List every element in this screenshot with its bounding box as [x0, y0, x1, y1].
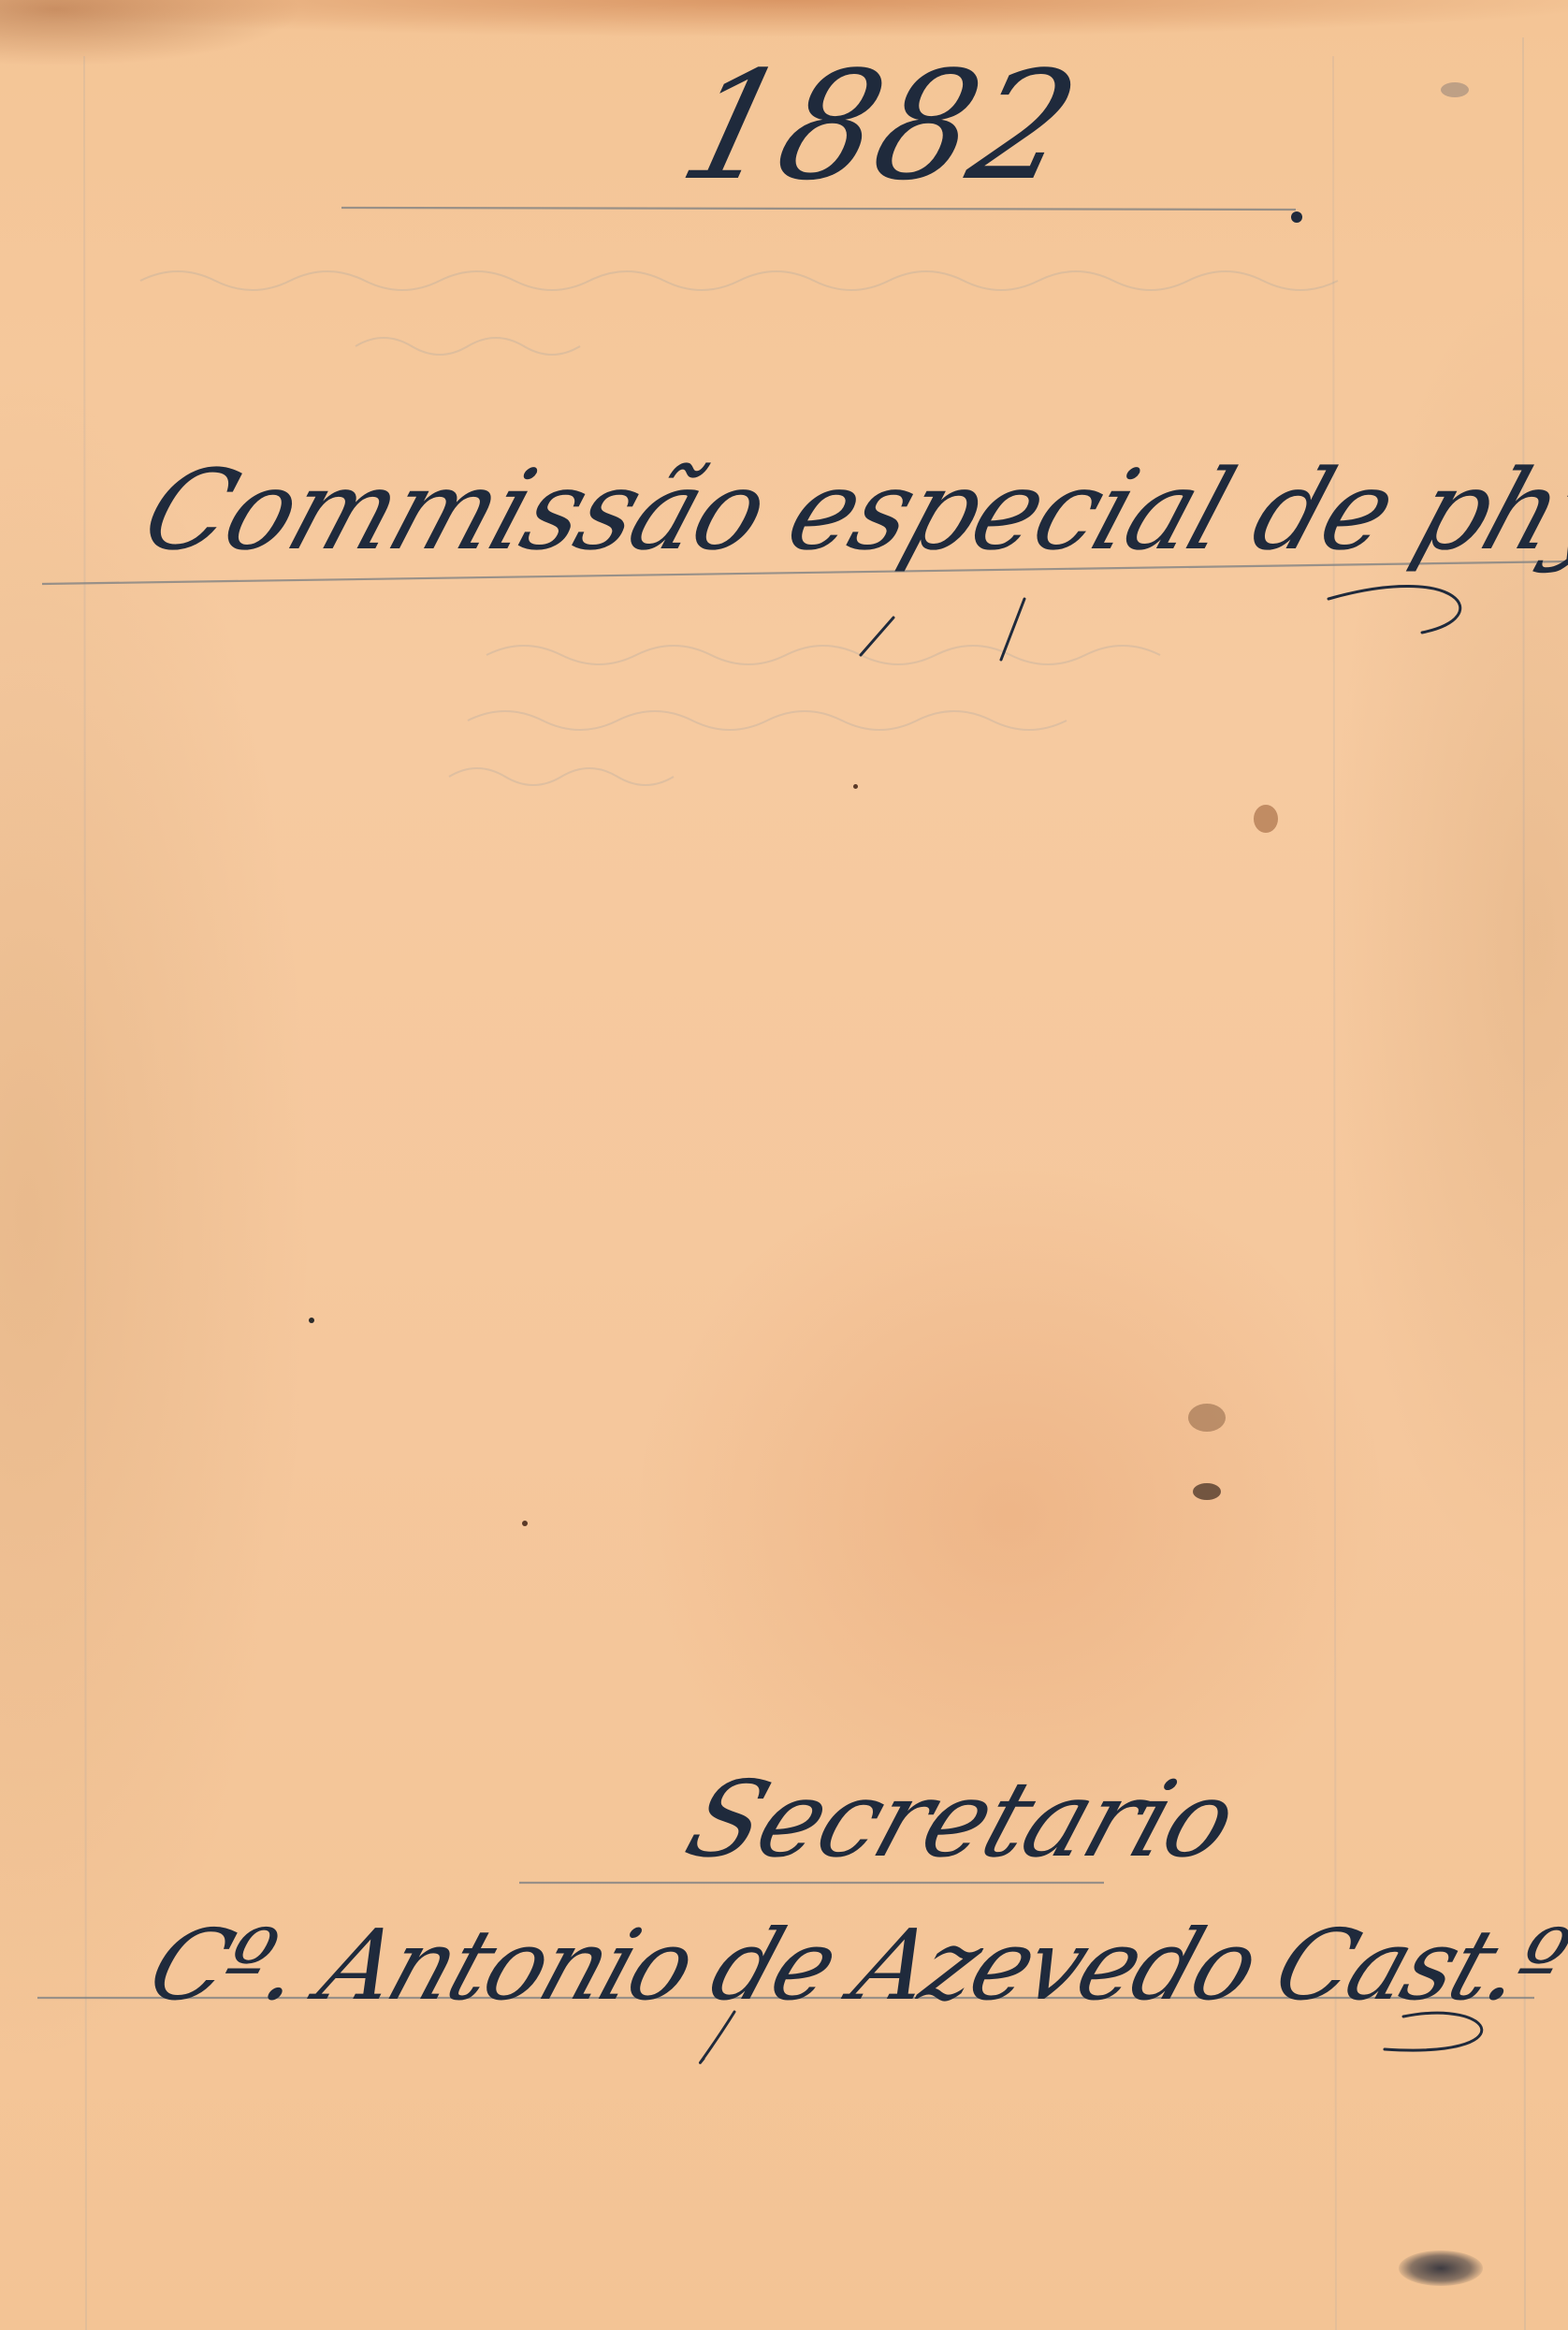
document-year: 1882 [668, 47, 1093, 206]
signatory-name: Cº. Antonio de Azevedo Cast.º Branco [135, 1904, 1568, 2026]
signatory-role: Secretario [670, 1750, 1253, 1890]
document-title: Commissão especial de phylloxera [127, 440, 1568, 580]
document-page: 1882 Commissão especial de phylloxera Se… [0, 0, 1568, 2330]
